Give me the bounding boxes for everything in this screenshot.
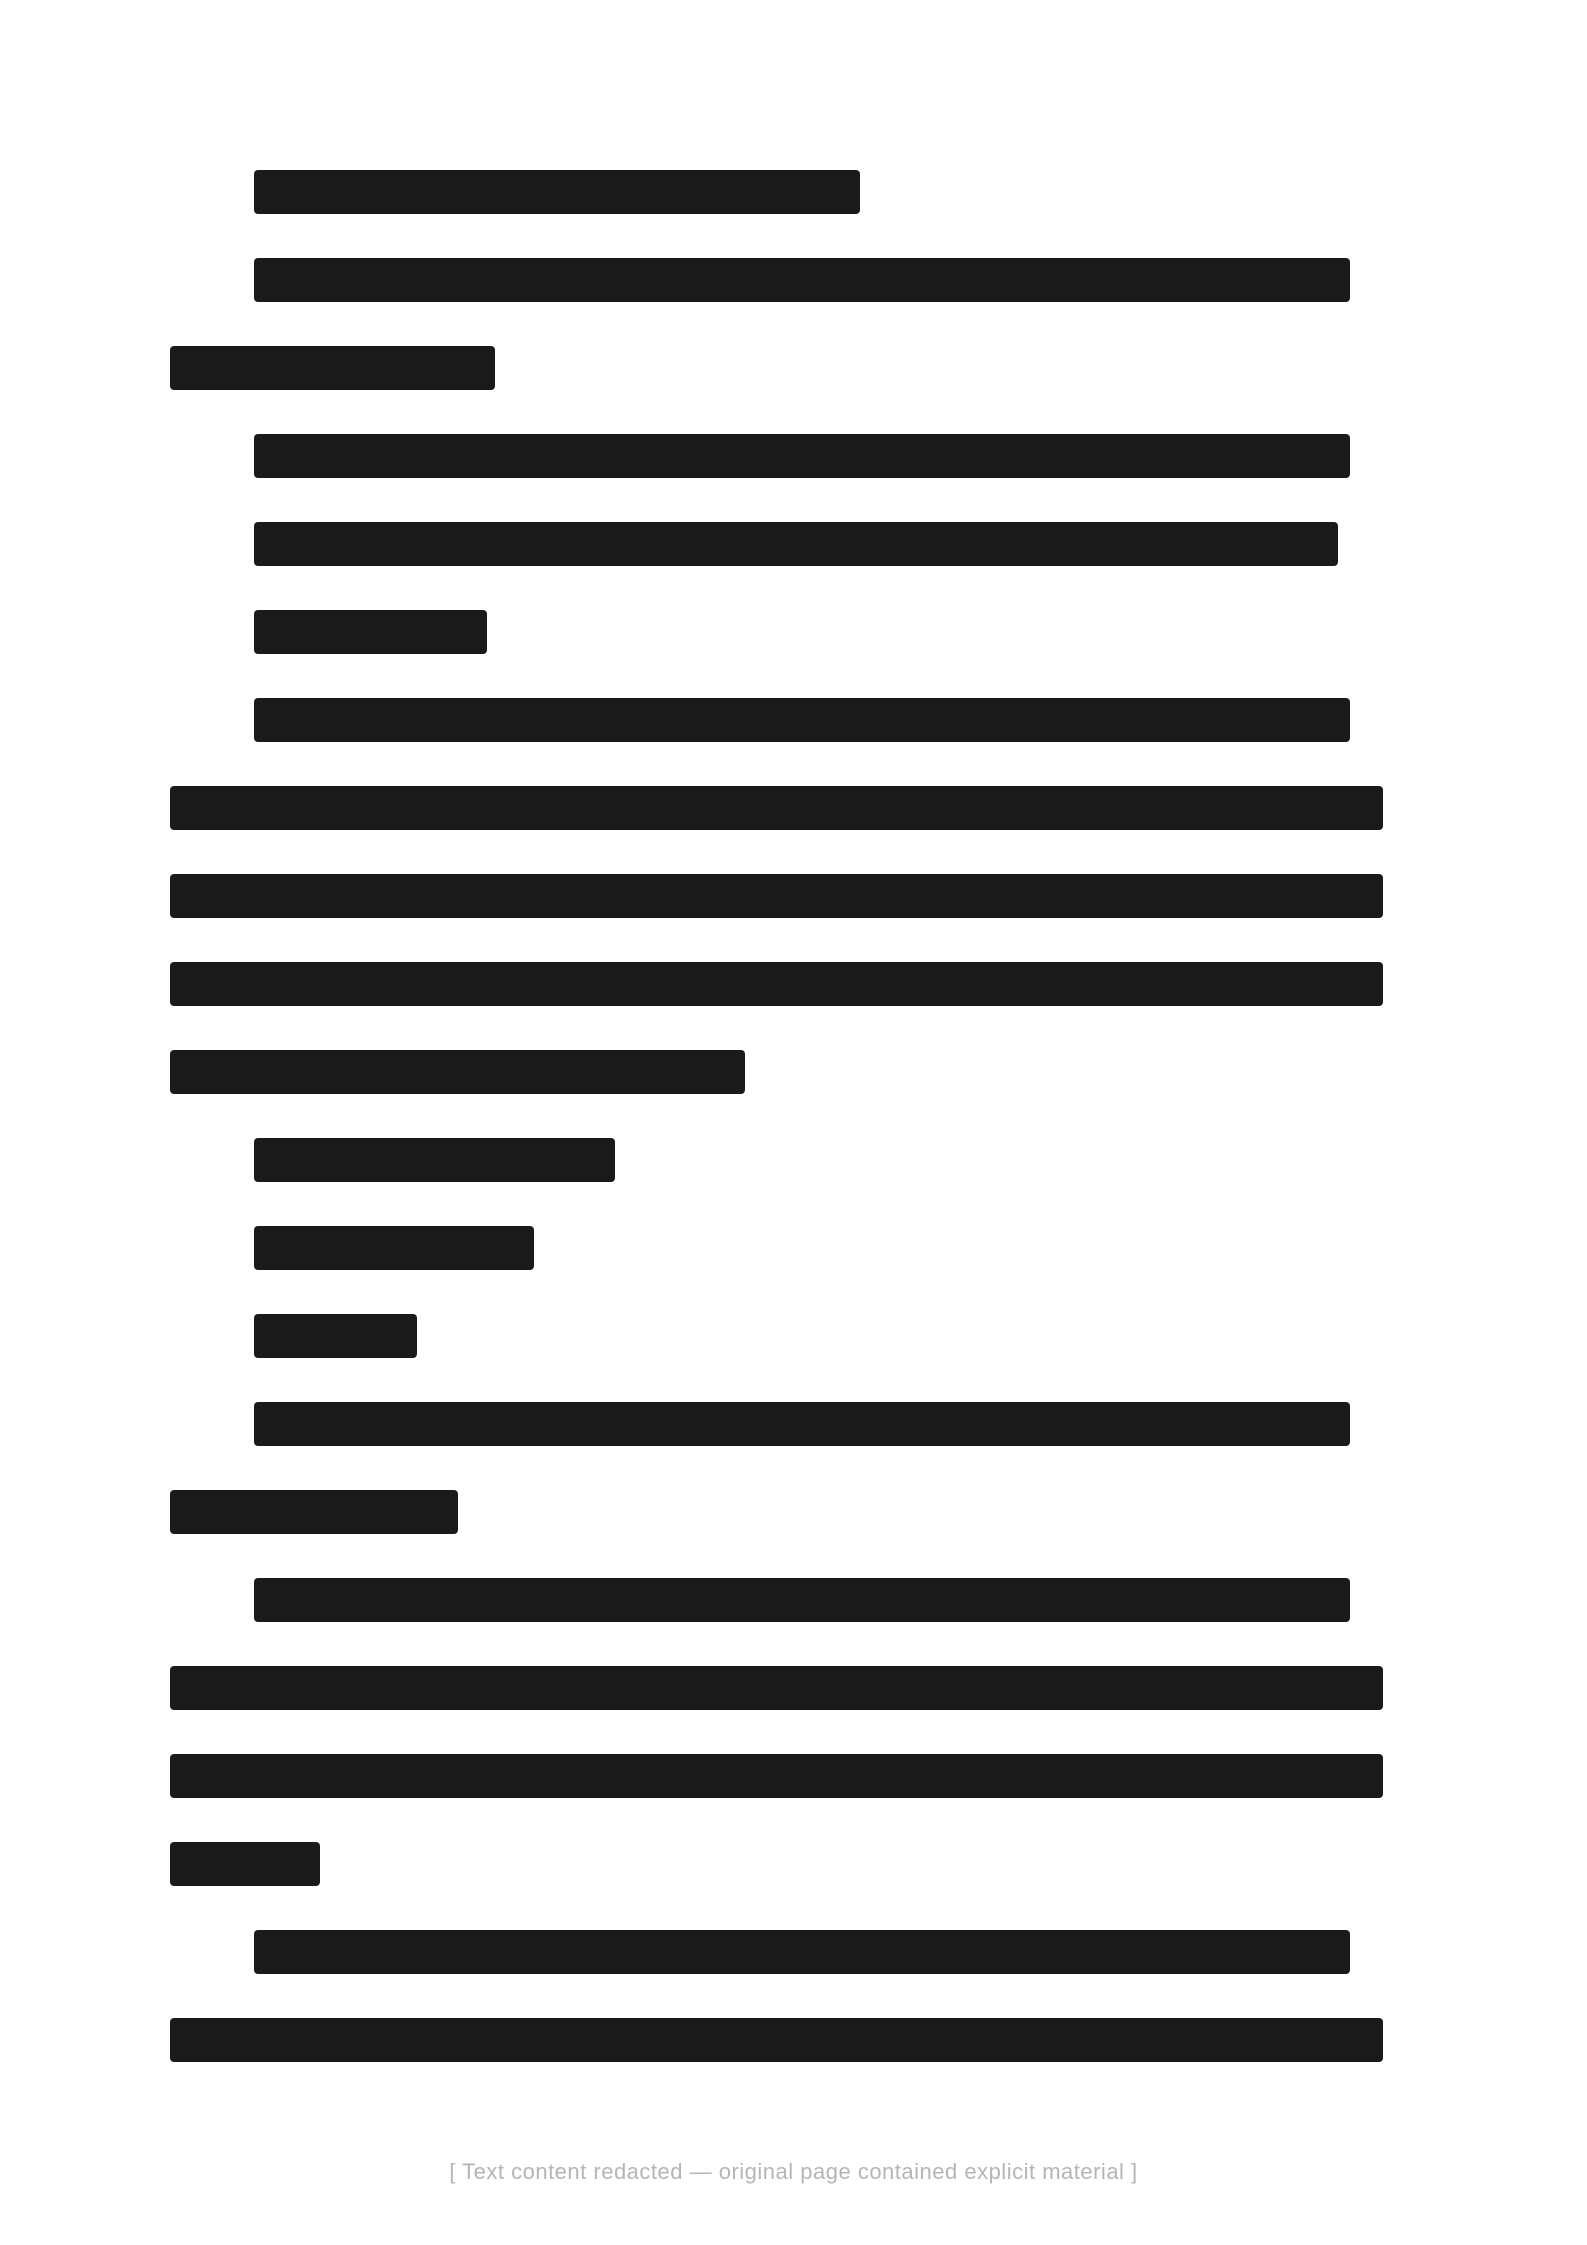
redacted-text-line bbox=[170, 1908, 1420, 1996]
text-column bbox=[170, 148, 1420, 2084]
redacted-text-line bbox=[170, 1732, 1420, 1820]
redacted-text-bar bbox=[254, 434, 1350, 478]
redacted-text-line bbox=[170, 852, 1420, 940]
paragraph bbox=[170, 1908, 1420, 2084]
redacted-text-line bbox=[170, 676, 1420, 764]
paragraph bbox=[170, 1468, 1420, 1556]
paragraph bbox=[170, 412, 1420, 500]
redacted-text-line bbox=[170, 1996, 1420, 2084]
paragraph bbox=[170, 1380, 1420, 1468]
redacted-text-line bbox=[170, 412, 1420, 500]
paragraph bbox=[170, 1292, 1420, 1380]
redacted-text-bar bbox=[170, 1490, 458, 1534]
redacted-text-bar bbox=[254, 610, 487, 654]
redacted-text-bar bbox=[170, 346, 495, 390]
redacted-text-line bbox=[170, 1380, 1420, 1468]
document-page: [ Text content redacted — original page … bbox=[0, 0, 1587, 2245]
redacted-text-line bbox=[170, 1204, 1420, 1292]
redacted-text-bar bbox=[254, 1930, 1350, 1974]
paragraph bbox=[170, 148, 1420, 236]
redacted-text-bar bbox=[170, 874, 1383, 918]
redacted-text-bar bbox=[170, 2018, 1383, 2062]
redaction-note: [ Text content redacted — original page … bbox=[0, 2159, 1587, 2185]
paragraph bbox=[170, 1204, 1420, 1292]
redacted-text-bar bbox=[254, 1314, 417, 1358]
redacted-text-bar bbox=[254, 170, 860, 214]
redacted-text-bar bbox=[254, 1226, 534, 1270]
redacted-text-line bbox=[170, 148, 1420, 236]
redacted-text-bar bbox=[254, 1138, 615, 1182]
redacted-text-bar bbox=[170, 1754, 1383, 1798]
redacted-text-line bbox=[170, 236, 1420, 324]
redacted-text-line bbox=[170, 1468, 1420, 1556]
redacted-text-bar bbox=[254, 1402, 1350, 1446]
redacted-text-line bbox=[170, 1820, 1420, 1908]
paragraph bbox=[170, 676, 1420, 1116]
redacted-text-bar bbox=[254, 1578, 1350, 1622]
redacted-text-line bbox=[170, 764, 1420, 852]
redacted-text-line bbox=[170, 1644, 1420, 1732]
redacted-text-bar bbox=[170, 1842, 320, 1886]
redacted-text-bar bbox=[170, 1666, 1383, 1710]
paragraph bbox=[170, 236, 1420, 412]
paragraph bbox=[170, 1556, 1420, 1908]
redacted-text-line bbox=[170, 940, 1420, 1028]
redacted-text-bar bbox=[170, 786, 1383, 830]
paragraph bbox=[170, 1116, 1420, 1204]
redacted-text-bar bbox=[254, 258, 1350, 302]
redacted-text-bar bbox=[170, 962, 1383, 1006]
redacted-text-line bbox=[170, 500, 1420, 588]
redacted-text-line bbox=[170, 1116, 1420, 1204]
redacted-text-line bbox=[170, 1556, 1420, 1644]
redacted-text-bar bbox=[254, 522, 1338, 566]
redacted-text-line bbox=[170, 1292, 1420, 1380]
redacted-text-bar bbox=[170, 1050, 745, 1094]
redacted-text-line bbox=[170, 1028, 1420, 1116]
paragraph bbox=[170, 500, 1420, 588]
redacted-text-line bbox=[170, 588, 1420, 676]
redacted-text-bar bbox=[254, 698, 1350, 742]
paragraph bbox=[170, 588, 1420, 676]
redacted-text-line bbox=[170, 324, 1420, 412]
